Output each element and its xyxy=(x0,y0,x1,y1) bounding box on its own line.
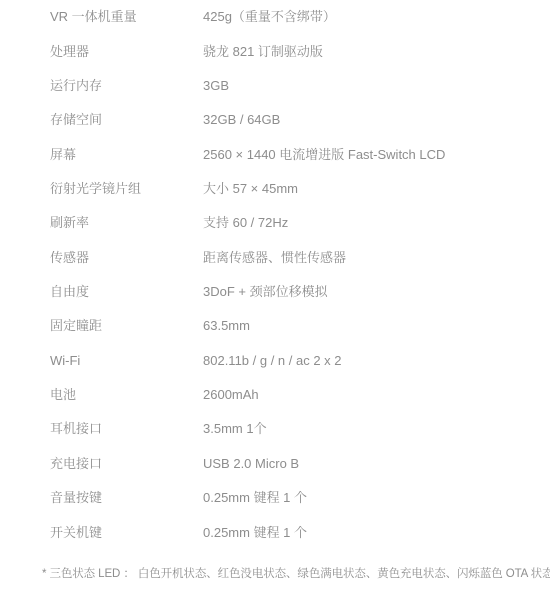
spec-label: 耳机接口 xyxy=(50,421,203,437)
spec-label: Wi-Fi xyxy=(50,353,203,369)
spec-footnote: * 三色状态 LED ： 白色开机状态、红色没电状态、绿色满电状态、黄色充电状态… xyxy=(42,566,550,582)
spec-row: 开关机键 0.25mm 键程 1 个 xyxy=(0,515,550,549)
spec-value: 802.11b / g / n / ac 2 x 2 xyxy=(203,353,550,369)
spec-label: 充电接口 xyxy=(50,456,203,472)
spec-value: 3.5mm 1个 xyxy=(203,421,550,437)
spec-value: 2560 × 1440 电流增进版 Fast-Switch LCD xyxy=(203,147,550,163)
spec-value: 3GB xyxy=(203,78,550,94)
spec-label: 衍射光学镜片组 xyxy=(50,181,203,197)
spec-value: 2600mAh xyxy=(203,387,550,403)
spec-label: 刷新率 xyxy=(50,215,203,231)
spec-row: 传感器 距离传感器、惯性传感器 xyxy=(0,241,550,275)
spec-row: 屏幕 2560 × 1440 电流增进版 Fast-Switch LCD xyxy=(0,137,550,171)
spec-row: 存储空间 32GB / 64GB xyxy=(0,103,550,137)
spec-value: USB 2.0 Micro B xyxy=(203,456,550,472)
spec-row: 处理器 骁龙 821 订制驱动版 xyxy=(0,34,550,68)
spec-row: VR 一体机重量 425g（重量不含绑带） xyxy=(0,0,550,34)
spec-value: 0.25mm 键程 1 个 xyxy=(203,525,550,541)
spec-label: 屏幕 xyxy=(50,147,203,163)
spec-row: 运行内存 3GB xyxy=(0,69,550,103)
spec-value: 32GB / 64GB xyxy=(203,112,550,128)
spec-row: 电池 2600mAh xyxy=(0,378,550,412)
spec-label: 存储空间 xyxy=(50,112,203,128)
spec-value: 距离传感器、惯性传感器 xyxy=(203,250,550,266)
spec-row: Wi-Fi 802.11b / g / n / ac 2 x 2 xyxy=(0,344,550,378)
spec-label: 传感器 xyxy=(50,250,203,266)
spec-value: 大小 57 × 45mm xyxy=(203,181,550,197)
spec-value: 425g（重量不含绑带） xyxy=(203,9,550,25)
spec-value: 骁龙 821 订制驱动版 xyxy=(203,44,550,60)
spec-label: 固定瞳距 xyxy=(50,318,203,334)
spec-label: 自由度 xyxy=(50,284,203,300)
spec-value: 63.5mm xyxy=(203,318,550,334)
spec-row: 固定瞳距 63.5mm xyxy=(0,309,550,343)
spec-label: 处理器 xyxy=(50,44,203,60)
spec-table: VR 一体机重量 425g（重量不含绑带） 处理器 骁龙 821 订制驱动版 运… xyxy=(0,0,550,550)
spec-label: 音量按键 xyxy=(50,490,203,506)
spec-value: 3DoF + 颈部位移模拟 xyxy=(203,284,550,300)
spec-row: 耳机接口 3.5mm 1个 xyxy=(0,412,550,446)
spec-label: 开关机键 xyxy=(50,525,203,541)
spec-label: 运行内存 xyxy=(50,78,203,94)
spec-value: 支持 60 / 72Hz xyxy=(203,215,550,231)
spec-label: VR 一体机重量 xyxy=(50,9,203,25)
spec-row: 衍射光学镜片组 大小 57 × 45mm xyxy=(0,172,550,206)
spec-row: 自由度 3DoF + 颈部位移模拟 xyxy=(0,275,550,309)
spec-label: 电池 xyxy=(50,387,203,403)
spec-row: 音量按键 0.25mm 键程 1 个 xyxy=(0,481,550,515)
spec-row: 刷新率 支持 60 / 72Hz xyxy=(0,206,550,240)
spec-value: 0.25mm 键程 1 个 xyxy=(203,490,550,506)
spec-row: 充电接口 USB 2.0 Micro B xyxy=(0,447,550,481)
